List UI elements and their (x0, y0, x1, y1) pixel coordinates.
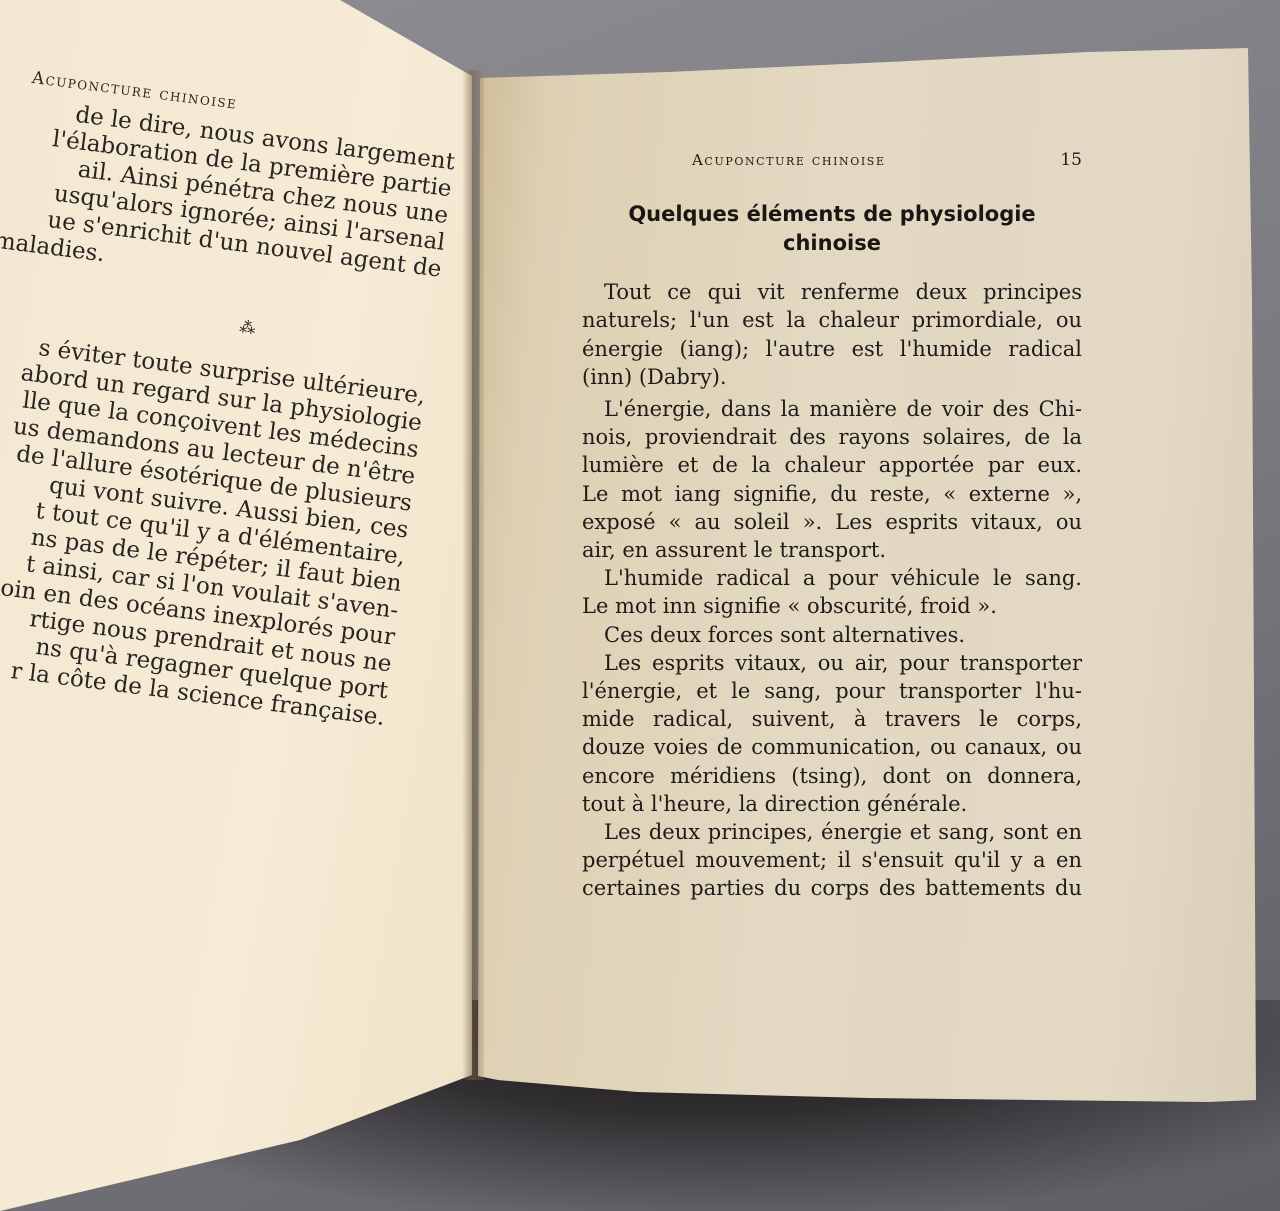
left-paragraph-2: s éviter toute surprise ultérieure, abor… (0, 325, 427, 732)
text-line: Le mot iang signifie, du reste, « extern… (582, 480, 1082, 508)
text-line: Tout ce qui vit renferme deux principes (582, 278, 1082, 306)
left-page-text: Acuponcture chinoise de le dire, nous av… (0, 60, 460, 732)
book-gutter (462, 70, 484, 1080)
right-page-text: Acuponcture chinoise 15 Quelques élément… (582, 146, 1082, 903)
text-line: lumière et de la chaleur apportée par eu… (582, 451, 1082, 479)
text-line: l'énergie, et le sang, pour transporter … (582, 677, 1082, 705)
chapter-title: Quelques éléments de physiologie chinois… (582, 200, 1082, 258)
paragraph-5: Les esprits vitaux, ou air, pour transpo… (582, 649, 1082, 818)
text-line: naturels; l'un est la chaleur primordial… (582, 306, 1082, 334)
text-line: Les esprits vitaux, ou air, pour transpo… (582, 649, 1082, 677)
text-line: L'humide radical a pour véhicule le sang… (582, 564, 1082, 592)
text-line: perpétuel mouvement; il s'ensuit qu'il y… (582, 846, 1082, 874)
page-number: 15 (1060, 146, 1082, 174)
right-running-head: Acuponcture chinoise 15 (692, 146, 1082, 174)
text-line: énergie (iang); l'autre est l'humide rad… (582, 335, 1082, 363)
text-line: exposé « au soleil ». Les esprits vitaux… (582, 508, 1082, 536)
text-line: encore méridiens (tsing), dont on donner… (582, 762, 1082, 790)
text-line: (inn) (Dabry). (582, 363, 1082, 391)
text-line: tout à l'heure, la direction générale. (582, 790, 1082, 818)
paragraph-4: Ces deux forces sont alternatives. (582, 621, 1082, 649)
text-line: Les deux principes, énergie et sang, son… (582, 818, 1082, 846)
text-line: air, en assurent le transport. (582, 536, 1082, 564)
book-photo: Acuponcture chinoise de le dire, nous av… (0, 0, 1280, 1211)
text-line: mide radical, suivent, à travers le corp… (582, 705, 1082, 733)
running-head-title: Acuponcture chinoise (692, 146, 886, 174)
text-line: L'énergie, dans la manière de voir des C… (582, 395, 1082, 423)
text-line: douze voies de communication, ou canaux,… (582, 733, 1082, 761)
paragraph-1: Tout ce qui vit renferme deux principes … (582, 278, 1082, 391)
paragraph-2: L'énergie, dans la manière de voir des C… (582, 395, 1082, 564)
text-line: Le mot inn signifie « obscurité, froid »… (582, 592, 1082, 620)
paragraph-6: Les deux principes, énergie et sang, son… (582, 818, 1082, 903)
text-line: certaines parties du corps des battement… (582, 874, 1082, 902)
chapter-title-line-1: Quelques éléments de physiologie (582, 200, 1082, 229)
chapter-title-line-2: chinoise (582, 229, 1082, 258)
text-line: nois, proviendrait des rayons solaires, … (582, 423, 1082, 451)
text-line: Ces deux forces sont alternatives. (582, 621, 1082, 649)
paragraph-3: L'humide radical a pour véhicule le sang… (582, 564, 1082, 620)
